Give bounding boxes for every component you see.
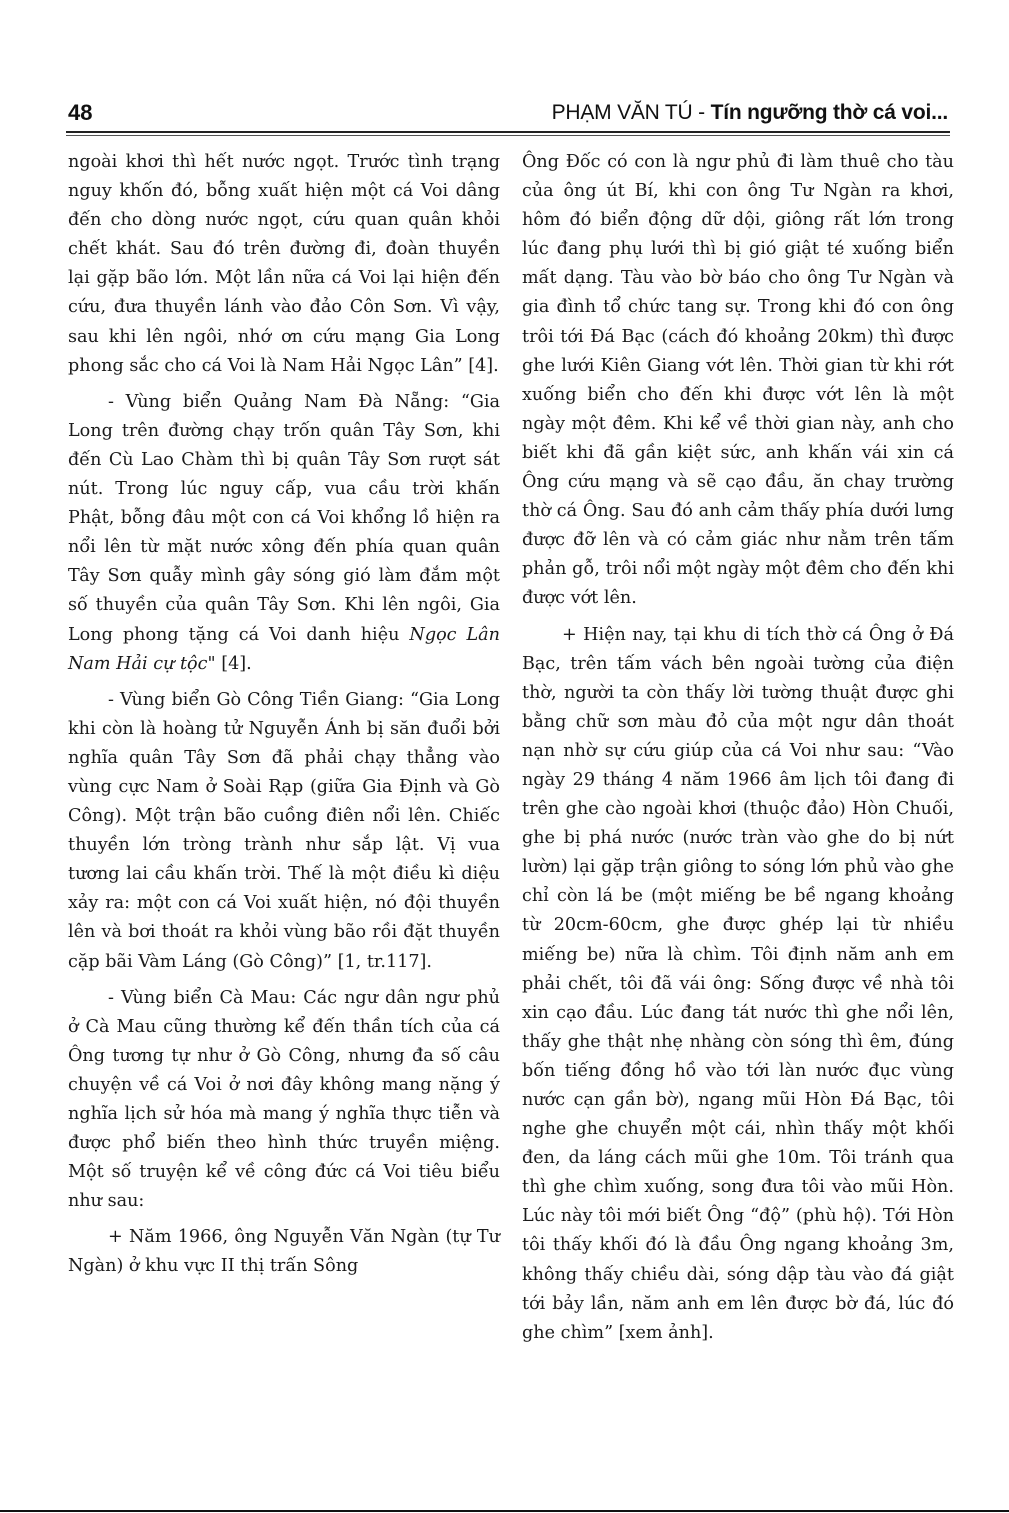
paragraph-text: " [4]. bbox=[208, 654, 252, 674]
author-name: PHẠM VĂN TÚ bbox=[552, 101, 693, 124]
paragraph: ngoài khơi thì hết nước ngọt. Trước tình… bbox=[68, 148, 500, 381]
left-column: ngoài khơi thì hết nước ngọt. Trước tình… bbox=[68, 148, 500, 1289]
paragraph: - Vùng biển Quảng Nam Đà Nẵng: “Gia Long… bbox=[68, 388, 500, 679]
paragraph: - Vùng biển Gò Công Tiền Giang: “Gia Lon… bbox=[68, 686, 500, 977]
page-header: 48 PHẠM VĂN TÚ - Tín ngưỡng thờ cá voi..… bbox=[68, 98, 948, 128]
title-separator: - bbox=[693, 101, 711, 124]
book-title: Tín ngưỡng thờ cá voi... bbox=[711, 101, 948, 124]
header-rule bbox=[66, 131, 950, 133]
page-bottom-edge bbox=[0, 1510, 1009, 1512]
paragraph: + Hiện nay, tại khu di tích thờ cá Ông ở… bbox=[522, 621, 954, 1348]
paragraph: + Năm 1966, ông Nguyễn Văn Ngàn (tự Tư N… bbox=[68, 1223, 500, 1281]
paragraph: - Vùng biển Cà Mau: Các ngư dân ngư phủ … bbox=[68, 984, 500, 1217]
paragraph: Ông Đốc có con là ngư phủ đi làm thuê ch… bbox=[522, 148, 954, 614]
right-column: Ông Đốc có con là ngư phủ đi làm thuê ch… bbox=[522, 148, 954, 1355]
running-title: PHẠM VĂN TÚ - Tín ngưỡng thờ cá voi... bbox=[552, 98, 948, 128]
header-rule-thin bbox=[66, 135, 950, 136]
page-number: 48 bbox=[68, 98, 92, 128]
paragraph-text: - Vùng biển Quảng Nam Đà Nẵng: “Gia Long… bbox=[68, 392, 500, 645]
